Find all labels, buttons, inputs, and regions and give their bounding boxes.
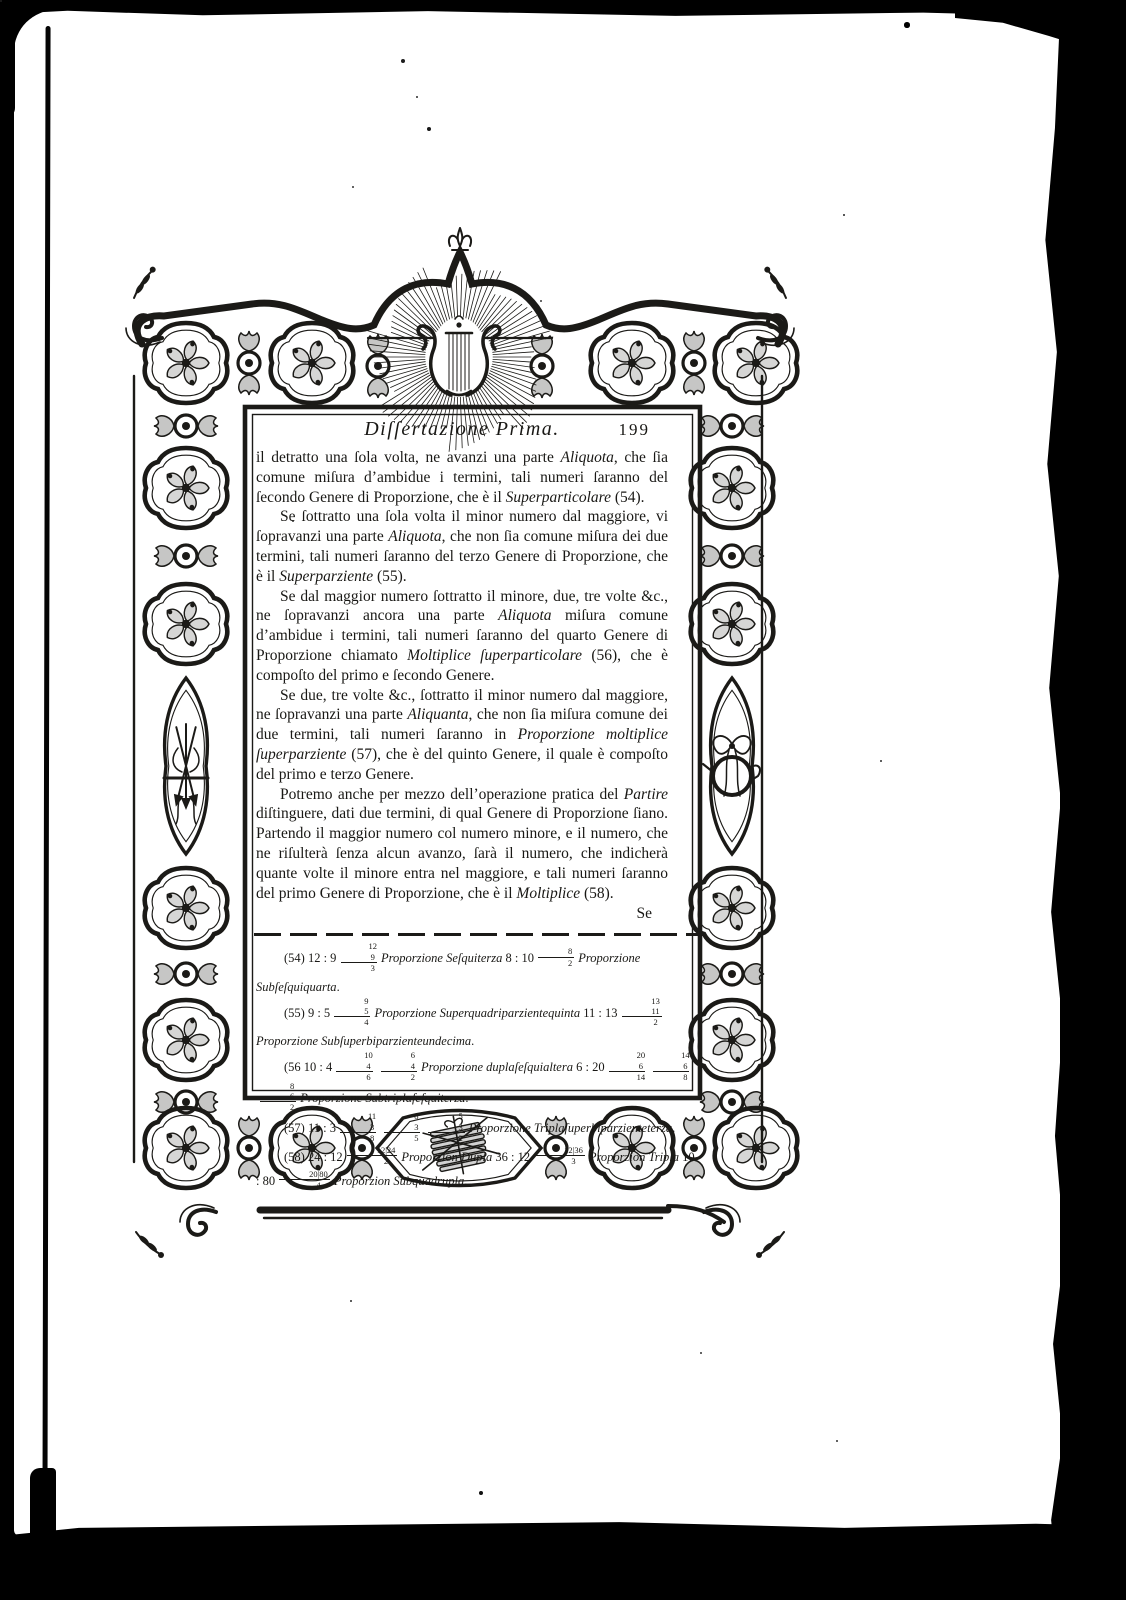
italic-text: Proporzione Seſquiterza: [381, 951, 502, 965]
fraction-stack: 532: [428, 1112, 464, 1143]
italic-text: Superparticolare: [506, 489, 611, 506]
paragraph: Se dal maggior numero ſottratto il minor…: [256, 587, 668, 686]
text-run: 8 : 10: [502, 951, 534, 965]
scan-noise-specks: [0, 0, 2, 2]
leaf-sprig-top-right: [759, 266, 792, 298]
text-run: .: [471, 1034, 474, 1048]
body-paragraphs: il detratto una ſola volta, ne avanzi un…: [256, 448, 668, 903]
fleur-de-lis-icon: [449, 228, 471, 250]
text-run: (57) 11 : 3: [284, 1122, 336, 1136]
fraction-stack: 12|242: [347, 1146, 398, 1166]
fraction-stack: 835: [384, 1112, 420, 1143]
fraction-stack: 954: [334, 997, 370, 1028]
scanned-book-page: { "colors": { "ink": "#1b1a17", "paper":…: [0, 0, 1126, 1600]
fraction-stack: 12|363: [534, 1146, 585, 1166]
scan-edge-left-nub: [0, 0, 15, 118]
text-run: .: [672, 1122, 675, 1136]
italic-text: Proporzion Dupla: [401, 1150, 492, 1164]
italic-text: Aliquota: [388, 528, 441, 545]
text-run: .: [464, 1174, 467, 1188]
leaf-sprig-top-left: [128, 266, 161, 298]
page-number: 199: [619, 420, 651, 440]
text-run: (54).: [611, 489, 645, 506]
italic-text: Aliquota: [560, 449, 613, 466]
text-run: 11 : 13: [580, 1006, 617, 1020]
italic-text: Moltiplice ſuperparticolare: [407, 647, 582, 664]
italic-text: Superparziente: [279, 568, 373, 585]
paragraph: Se ſottratto una ſola volta il minor num…: [256, 507, 668, 586]
fraction-stack: 1138: [340, 1112, 376, 1143]
arrows-emblem: [164, 678, 208, 854]
footnote-separator: [254, 933, 700, 936]
text-run: il detratto una ſola volta, ne avanzi un…: [256, 449, 560, 466]
fraction-stack: 1468: [653, 1051, 690, 1082]
text-run: (55) 9 : 5: [284, 1006, 330, 1020]
italic-text: Proporzione Subſuperbiparzienteundecima: [256, 1034, 471, 1048]
left-ornament-chain: [145, 415, 228, 1113]
italic-text: Proporzione Triplaſuperbiparzienteterza: [469, 1122, 672, 1136]
fraction-stack: 862: [260, 1082, 296, 1113]
footnote: (58) 24 : 1212|242Proporzion Dupla 36 : …: [256, 1145, 700, 1193]
footnote: (54) 12 : 91293Proporzione Seſquiterza 8…: [256, 944, 700, 999]
text-run: (58) 24 : 12: [284, 1150, 343, 1164]
page-title: Diſſertazione Prima.: [364, 418, 560, 440]
horn-ribbon-emblem: [703, 678, 760, 854]
italic-text: Moltiplice: [516, 885, 580, 902]
catchword: Se: [256, 905, 668, 923]
italic-text: Proporzione duplaſeſquialtera: [421, 1060, 573, 1074]
text-run: 6 : 20: [573, 1060, 605, 1074]
paragraph: Potremo anche per mezzo dell’operazione …: [256, 785, 668, 904]
italic-text: Proporzione Superquadriparzientequinta: [374, 1006, 580, 1020]
text-run: (54) 12 : 9: [284, 951, 336, 965]
footnotes: (54) 12 : 91293Proporzione Seſquiterza 8…: [256, 944, 700, 1193]
bottom-flourish: [136, 1205, 784, 1258]
fraction-stack: 20614: [609, 1051, 646, 1082]
fraction-stack: 642: [381, 1051, 417, 1082]
text-run: (55).: [373, 568, 407, 585]
text-run: .: [337, 980, 340, 994]
text-run: 36 : 12: [492, 1150, 530, 1164]
text-run: .: [465, 1091, 468, 1105]
italic-text: Aliquota: [498, 607, 551, 624]
fraction-stack: 1046: [336, 1051, 373, 1082]
running-head: Diſſertazione Prima. 199: [256, 418, 668, 448]
fraction-stack: 13112: [622, 997, 662, 1028]
text-run: Potremo anche per mezzo dell’operazione …: [280, 786, 624, 803]
footnote: (56 10 : 41046642Proporzione duplaſeſqui…: [256, 1053, 700, 1114]
text-block: Diſſertazione Prima. 199 il detratto una…: [256, 418, 668, 1193]
fraction-stack: 82: [538, 947, 574, 967]
italic-text: Proporzion Tripla: [589, 1150, 679, 1164]
text-run: (58).: [580, 885, 614, 902]
footnote: (57) 11 : 31138835532Proporzione Triplaſ…: [256, 1114, 700, 1145]
scan-edge-bottom: [0, 1518, 1126, 1600]
italic-text: Partire: [624, 786, 668, 803]
paragraph: Se due, tre volte &c., ſottratto il mino…: [256, 686, 668, 785]
paragraph: il detratto una ſola volta, ne avanzi un…: [256, 448, 668, 507]
text-run: (56 10 : 4: [284, 1060, 332, 1074]
fraction-stack: 20|804: [279, 1170, 330, 1190]
italic-text: Proporzione Subtriplaſeſquiterza: [300, 1091, 465, 1105]
footnote: (55) 9 : 5954Proporzione Superquadriparz…: [256, 999, 700, 1054]
fraction-stack: 1293: [340, 942, 377, 973]
book-spine-shadow-foot: [30, 1468, 56, 1534]
italic-text: Aliquanta: [407, 706, 468, 723]
italic-text: Proporzion Subquadrupla: [334, 1174, 464, 1188]
